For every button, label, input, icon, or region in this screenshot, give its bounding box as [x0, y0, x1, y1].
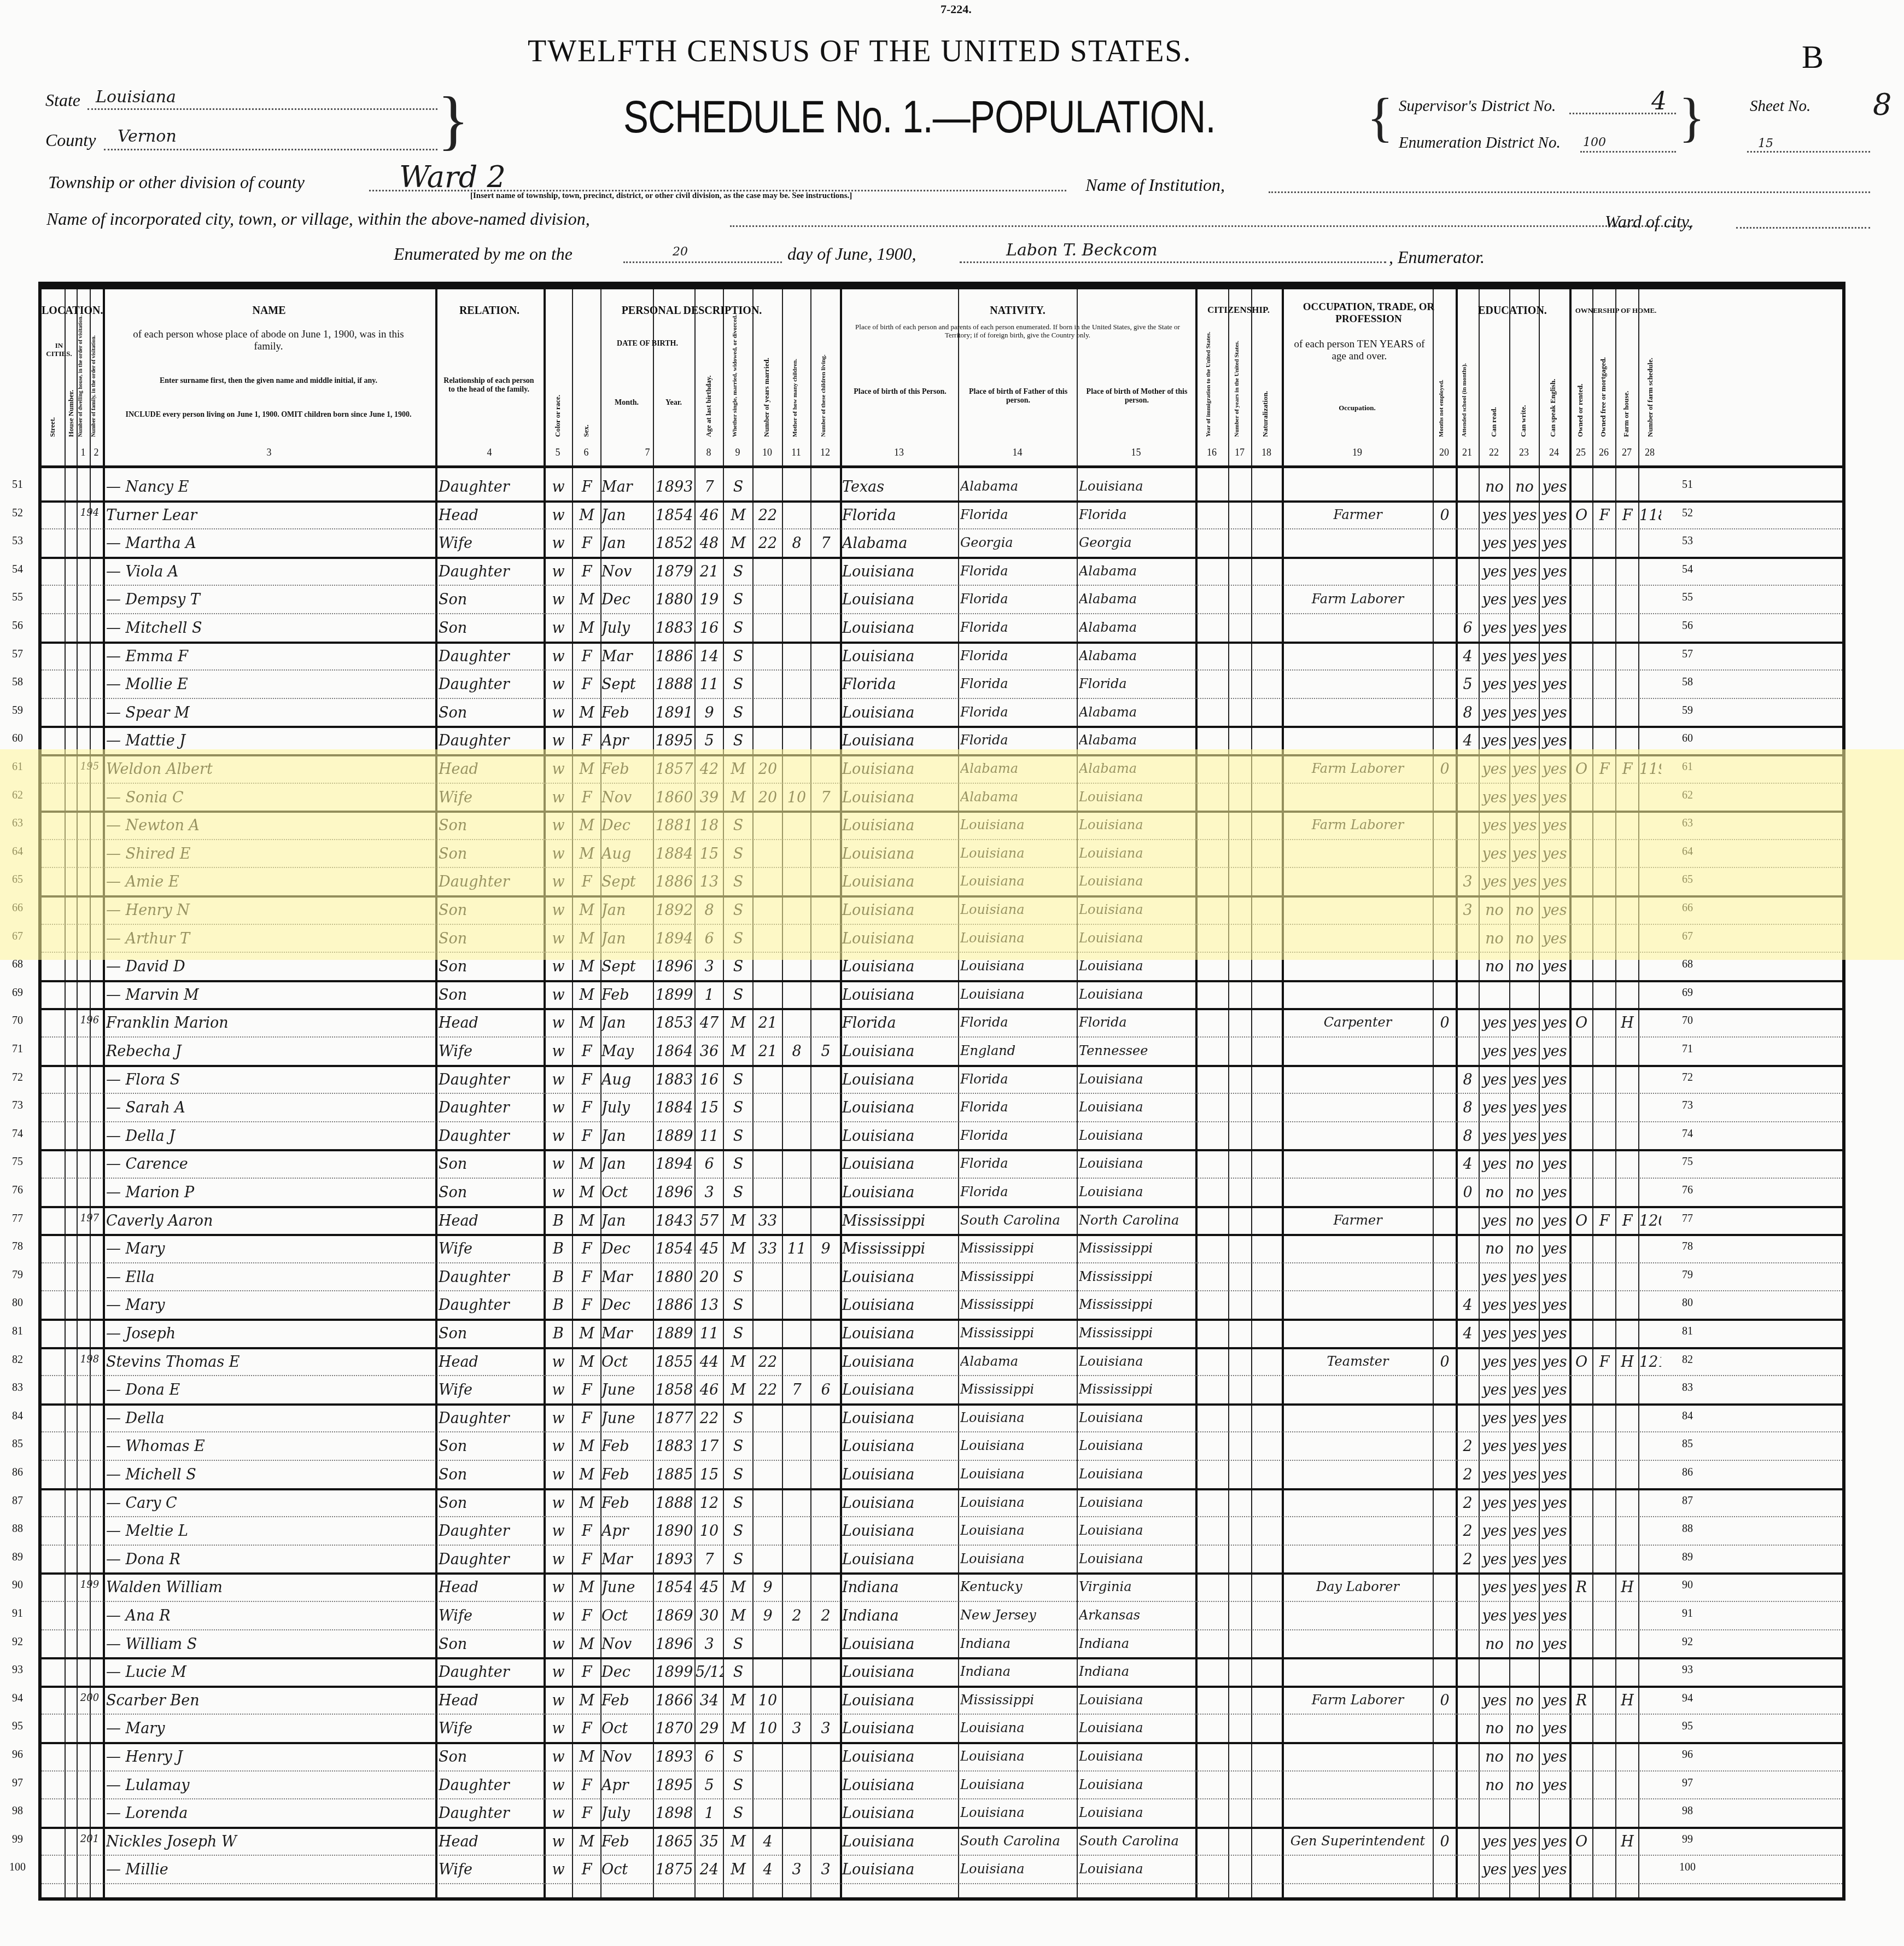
cell-rel: Head: [439, 1692, 542, 1709]
cell-mar: S: [724, 648, 752, 665]
cell-school: 2: [1457, 1466, 1479, 1483]
cell-free: F: [1593, 507, 1615, 524]
cell-year: 1843: [654, 1213, 694, 1230]
cell-ym: 9: [754, 1579, 782, 1596]
cell-mar: M: [724, 789, 752, 806]
header-separator: [42, 465, 1842, 468]
cell-bf: Florida: [960, 732, 1075, 748]
cell-fh: H: [1616, 1015, 1638, 1032]
cell-bf: England: [960, 1043, 1075, 1058]
cell-bm: Louisiana: [1079, 1749, 1194, 1764]
cell-bf: Louisiana: [960, 1523, 1075, 1538]
cell-dwell: 200: [77, 1692, 103, 1704]
cell-own: R: [1570, 1692, 1592, 1709]
cell-bp: Louisiana: [842, 958, 957, 975]
cell-bf: Mississippi: [960, 1325, 1075, 1341]
cell-name: Weldon Albert: [106, 761, 434, 778]
row-number-left: 56: [7, 620, 28, 632]
cell-own: O: [1570, 1833, 1592, 1850]
cell-year: 1884: [654, 846, 694, 863]
cell-bp: Louisiana: [842, 1805, 957, 1822]
cell-age: 22: [696, 1410, 723, 1427]
cell-age: 46: [696, 507, 723, 524]
cell-color: w: [545, 563, 572, 580]
cell-bm: Louisiana: [1079, 1410, 1194, 1425]
city-label: Name of incorporated city, town, or vill…: [46, 209, 590, 229]
vheader-color: Color or race.: [553, 377, 562, 437]
cell-rel: Wife: [439, 1861, 542, 1878]
cell-month: Oct: [601, 1184, 653, 1201]
cell-speak: yes: [1540, 732, 1569, 749]
cell-color: w: [545, 1156, 572, 1173]
column-number: 2: [90, 447, 103, 458]
county-field[interactable]: Vernon: [118, 127, 177, 146]
row-number-left: 99: [7, 1833, 28, 1846]
county-label: County: [45, 130, 96, 150]
cell-month: Dec: [601, 1297, 653, 1314]
cell-bp: Louisiana: [842, 1325, 957, 1342]
column-number: 5: [544, 447, 572, 458]
enumerated-day-field[interactable]: 20: [673, 245, 688, 259]
cell-month: Apr: [601, 1777, 653, 1794]
row-number-right: 94: [1677, 1692, 1698, 1705]
row-number-right: 76: [1677, 1184, 1698, 1197]
cell-write: yes: [1510, 1523, 1539, 1540]
cell-ym: 21: [754, 1015, 782, 1032]
cell-write: yes: [1510, 1833, 1539, 1850]
cell-sex: M: [573, 930, 600, 947]
table-row: 6969— Marvin MSonwMFeb18991SLouisianaLou…: [42, 982, 1842, 1011]
supervisor-field[interactable]: 4: [1651, 88, 1667, 115]
cell-bp: Louisiana: [842, 1861, 957, 1878]
cell-bf: Florida: [960, 1184, 1075, 1199]
cell-bf: Florida: [960, 1099, 1075, 1115]
cell-read: yes: [1480, 761, 1509, 778]
cell-bf: Louisiana: [960, 1805, 1075, 1820]
row-number-right: 86: [1677, 1466, 1698, 1479]
cell-sex: F: [573, 1523, 600, 1540]
enumerator-signature[interactable]: Labon T. Beckcom: [1006, 241, 1158, 260]
cell-occ: Gen Superintendent: [1284, 1833, 1432, 1849]
cell-write: yes: [1510, 648, 1539, 665]
cell-rel: Son: [439, 817, 542, 834]
cell-sex: M: [573, 1466, 600, 1483]
cell-mo: 10: [783, 789, 810, 806]
cell-rel: Daughter: [439, 479, 542, 496]
table-row: 7272— Flora SDaughterwFAug188316SLouisia…: [42, 1067, 1842, 1096]
table-row: 9393— Lucie MDaughterwFDec18995/12SLouis…: [42, 1659, 1842, 1688]
row-number-left: 70: [7, 1015, 28, 1027]
cell-age: 8: [696, 902, 723, 919]
cell-bp: Louisiana: [842, 1128, 957, 1145]
cell-rel: Son: [439, 846, 542, 863]
cell-bf: Florida: [960, 563, 1075, 579]
ward-field[interactable]: [1736, 227, 1870, 229]
cell-sex: M: [573, 1833, 600, 1850]
table-row: 9797— LulamayDaughterwFApr18955SLouisian…: [42, 1773, 1842, 1801]
cell-sex: M: [573, 1579, 600, 1596]
cell-age: 15: [696, 1099, 723, 1116]
cell-month: Feb: [601, 704, 653, 721]
cell-name: — William S: [106, 1636, 434, 1653]
cell-rel: Daughter: [439, 1551, 542, 1568]
cell-month: Feb: [601, 987, 653, 1004]
row-number-right: 51: [1677, 479, 1698, 491]
row-number-right: 98: [1677, 1805, 1698, 1817]
cell-year: 1879: [654, 563, 694, 580]
cell-age: 39: [696, 789, 723, 806]
cell-write: yes: [1510, 1382, 1539, 1399]
cell-bm: Louisiana: [1079, 958, 1194, 974]
cell-color: w: [545, 789, 572, 806]
vheader-dwelling: Number of dwelling house, in the order o…: [78, 333, 84, 437]
cell-bf: Louisiana: [960, 902, 1075, 917]
population-schedule-table: LOCATION. IN CITIES. NAME of each person…: [38, 282, 1845, 1901]
cell-speak: yes: [1540, 1156, 1569, 1173]
cell-occ: Farm Laborer: [1284, 1692, 1432, 1708]
cell-speak: yes: [1540, 930, 1569, 947]
cell-school: 2: [1457, 1438, 1479, 1455]
cell-bp: Louisiana: [842, 704, 957, 721]
cell-month: Nov: [601, 1749, 653, 1766]
cell-cl: 7: [811, 789, 840, 806]
cell-speak: yes: [1540, 873, 1569, 890]
cell-speak: yes: [1540, 1382, 1569, 1399]
vheader-farm-house: Farm or house.: [1622, 371, 1631, 437]
cell-year: 1858: [654, 1382, 694, 1399]
row-number-left: 95: [7, 1720, 28, 1733]
cell-sex: F: [573, 1128, 600, 1145]
cell-read: yes: [1480, 1325, 1509, 1342]
township-label: Township or other division of county: [48, 172, 305, 193]
cell-read: yes: [1480, 620, 1509, 637]
cell-month: Aug: [601, 846, 653, 863]
cell-speak: yes: [1540, 817, 1569, 834]
cell-age: 48: [696, 535, 723, 552]
vheader-years-us: Number of years in the United States.: [1234, 333, 1240, 437]
table-row: 8080— MaryDaughterBFDec188613SLouisianaM…: [42, 1292, 1842, 1321]
cell-rel: Daughter: [439, 1664, 542, 1681]
cell-bm: Florida: [1079, 507, 1194, 522]
vheader-house: House Number.: [67, 371, 75, 437]
cell-speak: yes: [1540, 1325, 1569, 1342]
cell-rel: Son: [439, 1636, 542, 1653]
cell-sex: F: [573, 1777, 600, 1794]
cell-bf: Georgia: [960, 535, 1075, 550]
cell-age: 20: [696, 1269, 723, 1286]
row-number-right: 53: [1677, 535, 1698, 547]
cell-fh: F: [1616, 507, 1638, 524]
cell-month: Jan: [601, 535, 653, 552]
cell-bm: Arkansas: [1079, 1607, 1194, 1623]
cell-rel: Son: [439, 930, 542, 947]
cell-age: 15: [696, 1466, 723, 1483]
cell-color: w: [545, 1354, 572, 1371]
cell-bf: Indiana: [960, 1664, 1075, 1679]
supervisor-label: Supervisor's District No.: [1399, 97, 1556, 115]
cell-read: yes: [1480, 1043, 1509, 1060]
table-row: 8181— JosephSonBMMar188911SLouisianaMiss…: [42, 1321, 1842, 1349]
cell-bm: Louisiana: [1079, 1438, 1194, 1453]
sheet-sub: 15: [1758, 137, 1773, 150]
cell-bf: Indiana: [960, 1636, 1075, 1651]
cell-color: w: [545, 1805, 572, 1822]
cell-write: yes: [1510, 563, 1539, 580]
cell-free: F: [1593, 1354, 1615, 1371]
cell-dwell: 197: [77, 1213, 103, 1224]
vheader-age: Age at last birthday.: [704, 355, 713, 437]
column-number: 18: [1251, 447, 1282, 458]
cell-read: yes: [1480, 591, 1509, 608]
cell-year: 1891: [654, 704, 694, 721]
cell-bf: Louisiana: [960, 1551, 1075, 1566]
cell-write: yes: [1510, 1043, 1539, 1060]
cell-sex: M: [573, 902, 600, 919]
cell-bp: Louisiana: [842, 1777, 957, 1794]
cell-dwell: 199: [77, 1579, 103, 1590]
cell-speak: yes: [1540, 1777, 1569, 1794]
cell-speak: yes: [1540, 1099, 1569, 1116]
cell-sex: M: [573, 1015, 600, 1032]
cell-bf: Alabama: [960, 479, 1075, 494]
cell-age: 47: [696, 1015, 723, 1032]
cell-speak: yes: [1540, 1128, 1569, 1145]
cell-speak: yes: [1540, 1495, 1569, 1512]
table-row: 6666— Henry NSonwMJan18928SLouisianaLoui…: [42, 898, 1842, 926]
cell-sex: M: [573, 1156, 600, 1173]
table-row: 8282198Stevins Thomas EHeadwMOct185544M2…: [42, 1349, 1842, 1378]
cell-write: yes: [1510, 1438, 1539, 1455]
table-row: 8888— Meltie LDaughterwFApr189010SLouisi…: [42, 1518, 1842, 1547]
cell-bf: Florida: [960, 1128, 1075, 1143]
column-number: 22: [1479, 447, 1509, 458]
cell-year: 1894: [654, 930, 694, 947]
cell-sex: F: [573, 1410, 600, 1427]
cell-rel: Wife: [439, 1382, 542, 1399]
cell-name: Scarber Ben: [106, 1692, 434, 1709]
column-number: 12: [810, 447, 840, 458]
cell-color: w: [545, 479, 572, 496]
cell-read: no: [1480, 902, 1509, 919]
cell-mar: M: [724, 1382, 752, 1399]
cell-name: — Henry N: [106, 902, 434, 919]
cell-year: 1888: [654, 1495, 694, 1512]
cell-age: 15: [696, 846, 723, 863]
column-number: 11: [782, 447, 810, 458]
cell-color: w: [545, 676, 572, 693]
cell-sex: M: [573, 1184, 600, 1201]
column-number: 1: [77, 447, 90, 458]
cell-unemp: 0: [1434, 1833, 1456, 1850]
header-birth-father: Place of birth of Father of this person.: [963, 388, 1073, 405]
cell-fh: H: [1616, 1833, 1638, 1850]
cell-bm: Louisiana: [1079, 1184, 1194, 1199]
cell-read: yes: [1480, 1466, 1509, 1483]
row-number-left: 82: [7, 1354, 28, 1366]
cell-mar: S: [724, 873, 752, 890]
cell-age: 24: [696, 1861, 723, 1878]
row-number-right: 70: [1677, 1015, 1698, 1027]
census-title: TWELFTH CENSUS OF THE UNITED STATES.: [528, 34, 1192, 69]
cell-rel: Daughter: [439, 676, 542, 693]
header-year: Year.: [653, 399, 694, 407]
institution-field[interactable]: [1269, 191, 1870, 193]
cell-ym: 33: [754, 1240, 782, 1257]
cell-occ: Farmer: [1284, 1213, 1432, 1228]
township-hint: [Insert name of township, town, precinct…: [470, 191, 852, 201]
cell-write: yes: [1510, 846, 1539, 863]
cell-name: — Lorenda: [106, 1805, 434, 1822]
cell-name: — Dempsy T: [106, 591, 434, 608]
cell-age: 1: [696, 987, 723, 1004]
header-name-desc: of each person whose place of abode on J…: [118, 329, 419, 353]
cell-free: F: [1593, 1213, 1615, 1230]
cell-rel: Daughter: [439, 1410, 542, 1427]
cell-mo: 3: [783, 1861, 810, 1878]
cell-mar: M: [724, 1579, 752, 1596]
row-number-right: 83: [1677, 1382, 1698, 1394]
schedule-title: SCHEDULE No. 1.—POPULATION.: [623, 90, 1216, 143]
cell-fs: 121: [1639, 1354, 1661, 1371]
table-row: 9898— LorendaDaughterwFJuly18981SLouisia…: [42, 1801, 1842, 1829]
township-field[interactable]: Ward 2: [399, 160, 506, 194]
cell-sex: F: [573, 1805, 600, 1822]
row-number-left: 76: [7, 1184, 28, 1197]
cell-write: no: [1510, 958, 1539, 975]
cell-year: 1860: [654, 789, 694, 806]
cell-bf: Louisiana: [960, 1720, 1075, 1735]
cell-mar: M: [724, 1240, 752, 1257]
cell-write: yes: [1510, 1269, 1539, 1286]
cell-fh: H: [1616, 1692, 1638, 1709]
cell-bp: Louisiana: [842, 817, 957, 834]
cell-mar: S: [724, 1523, 752, 1540]
row-number-left: 72: [7, 1071, 28, 1084]
cell-read: no: [1480, 1720, 1509, 1737]
cell-month: Dec: [601, 591, 653, 608]
cell-speak: yes: [1540, 1297, 1569, 1314]
cell-bp: Louisiana: [842, 789, 957, 806]
cell-bm: Louisiana: [1079, 1354, 1194, 1369]
cell-sex: F: [573, 535, 600, 552]
cell-ym: 4: [754, 1833, 782, 1850]
cell-age: 42: [696, 761, 723, 778]
table-row: 8484— DellaDaughterwFJune187722SLouisian…: [42, 1406, 1842, 1434]
table-row: 7474— Della JDaughterwFJan188911SLouisia…: [42, 1123, 1842, 1152]
cell-bp: Louisiana: [842, 1382, 957, 1399]
row-number-right: 77: [1677, 1213, 1698, 1225]
cell-school: 8: [1457, 704, 1479, 721]
cell-sex: M: [573, 1325, 600, 1342]
cell-bp: Texas: [842, 479, 957, 496]
cell-age: 36: [696, 1043, 723, 1060]
city-field[interactable]: [730, 225, 1692, 227]
cell-write: yes: [1510, 704, 1539, 721]
cell-name: — Cary C: [106, 1495, 434, 1512]
cell-sex: F: [573, 1099, 600, 1116]
state-field[interactable]: Louisiana: [96, 88, 176, 107]
column-number: 9: [723, 447, 752, 458]
cell-mar: S: [724, 704, 752, 721]
cell-rel: Wife: [439, 789, 542, 806]
cell-bm: Alabama: [1079, 620, 1194, 635]
cell-write: yes: [1510, 591, 1539, 608]
header-occupation-desc: of each person TEN YEARS of age and over…: [1286, 339, 1433, 363]
cell-month: Mar: [601, 479, 653, 496]
cell-sex: M: [573, 591, 600, 608]
row-number-right: 54: [1677, 563, 1698, 576]
cell-mar: S: [724, 591, 752, 608]
cell-age: 1: [696, 1805, 723, 1822]
enumeration-field[interactable]: 100: [1583, 136, 1606, 149]
cell-mar: S: [724, 1325, 752, 1342]
cell-year: 1885: [654, 1466, 694, 1483]
cell-mar: S: [724, 1495, 752, 1512]
cell-write: yes: [1510, 732, 1539, 749]
cell-speak: yes: [1540, 1720, 1569, 1737]
cell-bf: Florida: [960, 620, 1075, 635]
cell-read: yes: [1480, 1015, 1509, 1032]
cell-bf: Florida: [960, 676, 1075, 691]
cell-mar: S: [724, 563, 752, 580]
row-number-left: 90: [7, 1579, 28, 1592]
cell-read: no: [1480, 958, 1509, 975]
column-number: 7: [600, 447, 694, 458]
cell-read: yes: [1480, 1128, 1509, 1145]
cell-bm: Louisiana: [1079, 1466, 1194, 1482]
cell-month: Nov: [601, 789, 653, 806]
cell-year: 1880: [654, 591, 694, 608]
cell-occ: Carpenter: [1284, 1015, 1432, 1030]
state-label: State: [45, 90, 80, 110]
column-number: 8: [694, 447, 723, 458]
cell-bf: Louisiana: [960, 958, 1075, 974]
cell-bf: Florida: [960, 591, 1075, 607]
cell-read: yes: [1480, 1692, 1509, 1709]
column-number: 10: [752, 447, 782, 458]
cell-name: — Shired E: [106, 846, 434, 863]
cell-sex: F: [573, 873, 600, 890]
cell-month: Sept: [601, 676, 653, 693]
cell-read: no: [1480, 930, 1509, 947]
cell-ym: 10: [754, 1692, 782, 1709]
cell-name: — Viola A: [106, 563, 434, 580]
cell-bf: Alabama: [960, 1354, 1075, 1369]
cell-year: 1896: [654, 1184, 694, 1201]
row-number-left: 63: [7, 817, 28, 830]
header-ownership: OWNERSHIP OF HOME.: [1569, 307, 1662, 315]
cell-read: yes: [1480, 1438, 1509, 1455]
cell-occ: Farm Laborer: [1284, 591, 1432, 607]
cell-color: w: [545, 1777, 572, 1794]
cell-year: 1869: [654, 1607, 694, 1624]
table-row: 6060— Mattie JDaughterwFApr18955SLouisia…: [42, 728, 1842, 756]
cell-speak: yes: [1540, 620, 1569, 637]
cell-age: 11: [696, 1325, 723, 1342]
cell-bm: Louisiana: [1079, 1156, 1194, 1171]
cell-age: 3: [696, 958, 723, 975]
header-nativity-desc: Place of birth of each person and parent…: [845, 323, 1190, 340]
cell-year: 1892: [654, 902, 694, 919]
cell-occ: Farmer: [1284, 507, 1432, 522]
table-row: 7878— MaryWifeBFDec185445M33119Mississip…: [42, 1236, 1842, 1265]
cell-bp: Florida: [842, 676, 957, 693]
cell-speak: yes: [1540, 1607, 1569, 1624]
cell-rel: Daughter: [439, 1071, 542, 1088]
cell-read: no: [1480, 1749, 1509, 1766]
cell-bm: Louisiana: [1079, 846, 1194, 861]
sheet-field[interactable]: 8: [1873, 88, 1891, 122]
